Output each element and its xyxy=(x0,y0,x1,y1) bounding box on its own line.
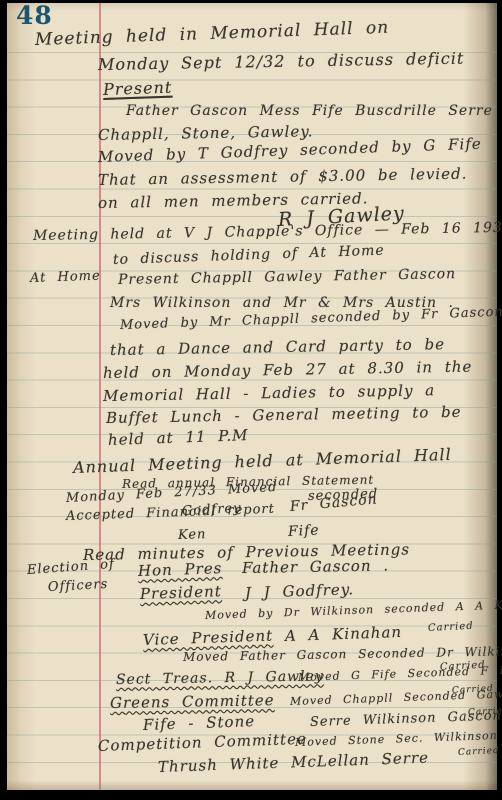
handwriting-line: Serre Wilkinson Gascon xyxy=(310,708,502,730)
handwriting-line: Accepted Financial report xyxy=(66,502,275,524)
handwriting-line: Moved Chappll Seconded Gawley xyxy=(290,687,502,708)
handwriting-line: Meeting held in Memorial Hall on xyxy=(35,18,390,50)
handwriting-line: Fife - Stone xyxy=(143,712,256,734)
handwriting-line: Ken xyxy=(178,527,207,543)
handwriting-line: J J Godfrey. xyxy=(245,580,355,602)
handwriting-line: Present xyxy=(103,78,173,99)
handwriting-line: that a Dance and Card party to be xyxy=(110,335,445,359)
handwriting-line: Competition Committee xyxy=(98,730,307,755)
handwriting-layer: Meeting held in Memorial Hall onMonday S… xyxy=(0,0,502,800)
handwriting-line: A A Kinahan xyxy=(285,623,403,645)
handwriting-line: Sect Treas. R J Gawley xyxy=(116,668,324,688)
handwriting-line: Election of xyxy=(26,557,115,578)
handwriting-line: Father Gascon . xyxy=(242,556,389,577)
handwriting-line: Father Gascon Mess Fife Buscdrille Serre xyxy=(126,103,493,119)
handwriting-line: Fr Gascon xyxy=(289,491,378,515)
handwriting-line: Officers xyxy=(48,577,109,595)
handwriting-line: Greens Committee xyxy=(110,691,275,712)
handwriting-line: Monday Sept 12/32 to discuss deficit xyxy=(98,49,465,74)
handwriting-line: Godfrey xyxy=(182,501,242,519)
handwriting-line: Annual Meeting held at Memorial Hall xyxy=(73,445,452,477)
handwriting-line: Carried xyxy=(458,746,500,758)
handwriting-line: Moved Stone Sec. Wilkinson xyxy=(295,729,498,749)
handwriting-line: held at 11 P.M xyxy=(108,426,249,449)
handwriting-line: Buffet Lunch - General meeting to be xyxy=(106,403,462,427)
handwriting-line: Present Chappll Gawley Father Gascon xyxy=(118,266,456,288)
handwriting-line: Thrush White McLellan Serre xyxy=(158,749,430,776)
handwriting-line: President xyxy=(140,582,222,603)
handwriting-line: Moved G Fife Seconded F Ken xyxy=(298,663,502,684)
handwriting-line: Memorial Hall - Ladies to supply a xyxy=(103,381,435,405)
handwriting-line: held on Monday Feb 27 at 8.30 in the xyxy=(103,358,473,382)
handwriting-line: Meeting held at V J Chapple's Office — F… xyxy=(33,220,502,244)
handwriting-line: to discuss holding of At Home xyxy=(113,243,385,268)
handwriting-line: Carried xyxy=(428,621,474,634)
handwriting-line: Hon Pres xyxy=(138,559,223,580)
handwriting-line: At Home xyxy=(30,269,101,286)
handwriting-line: Fife xyxy=(288,522,320,540)
handwriting-line: Vice President xyxy=(143,626,274,649)
scanned-ledger-page: 48 Meeting held in Memorial Hall onMonda… xyxy=(0,0,502,800)
handwriting-line: That an assessment of $3.00 be levied. xyxy=(98,165,468,189)
